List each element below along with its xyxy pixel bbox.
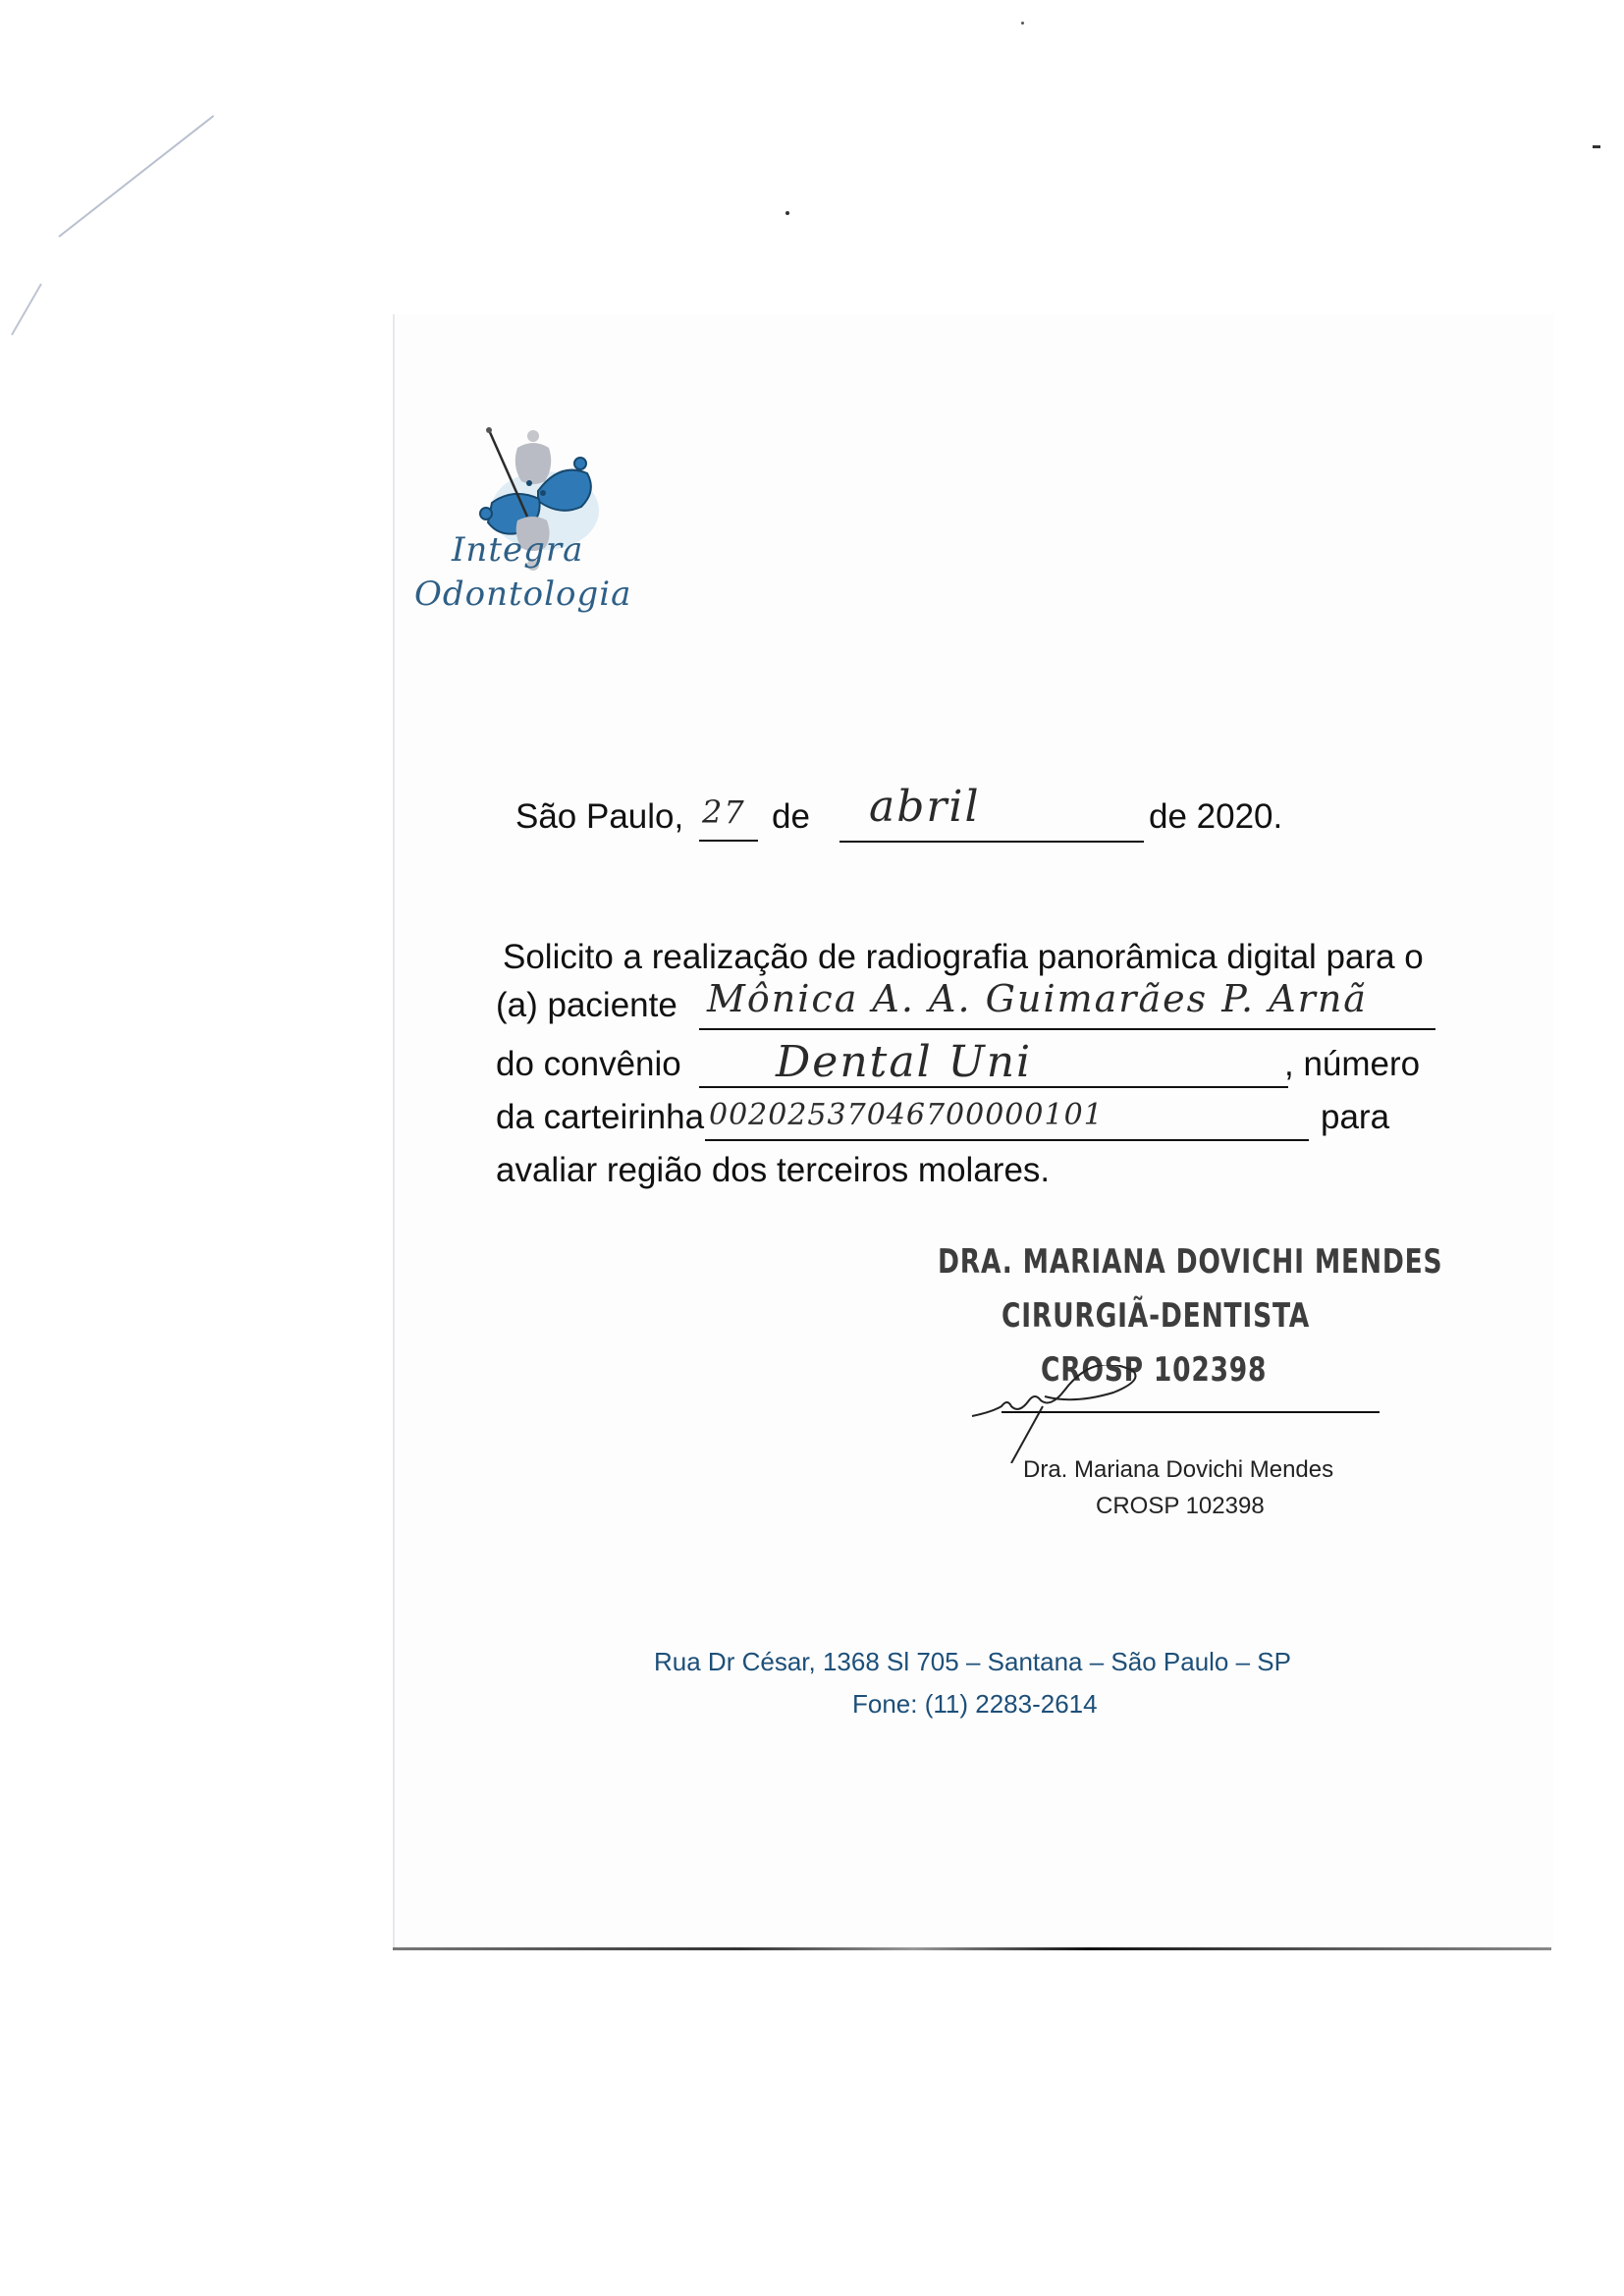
handwritten-signature <box>962 1365 1414 1463</box>
scan-artifact-dot <box>1593 145 1600 148</box>
signer-name: Dra. Mariana Dovichi Mendes <box>1023 1456 1333 1484</box>
insurer-label: do convênio <box>496 1045 681 1084</box>
card-number-handwritten: 00202537046700000101 <box>709 1098 1104 1132</box>
stamp-line-1: DRA. MARIANA DOVICHI MENDES <box>938 1242 1442 1282</box>
date-de-1: de <box>772 797 810 837</box>
date-day-handwritten: 27 <box>702 793 746 831</box>
paper-bottom-edge <box>393 1947 1551 1950</box>
day-underline <box>699 840 758 842</box>
clinic-name-line1: Integra <box>452 530 583 570</box>
scan-artifact-dot <box>785 211 789 215</box>
clinic-name-line2: Odontologia <box>414 574 631 614</box>
patient-label: (a) paciente <box>496 986 677 1025</box>
date-month-handwritten: abril <box>869 782 981 832</box>
scan-artifact-dot <box>1021 22 1024 25</box>
date-city-prefix: São Paulo, <box>515 797 683 837</box>
scan-artifact-line <box>11 284 42 336</box>
insurer-handwritten: Dental Uni <box>776 1037 1032 1087</box>
signer-registry: CROSP 102398 <box>1096 1493 1265 1520</box>
request-line-1: Solicito a realização de radiografia pan… <box>503 938 1424 977</box>
request-line-5: avaliar região dos terceiros molares. <box>496 1151 1050 1190</box>
number-label: , número <box>1284 1045 1420 1084</box>
scan-artifact-line <box>58 115 214 238</box>
stamp-line-2: CIRURGIÃ-DENTISTA <box>1001 1296 1310 1336</box>
month-underline <box>839 841 1144 843</box>
date-year: de 2020. <box>1149 797 1282 837</box>
patient-name-handwritten: Mônica A. A. Guimarães P. Arnã <box>707 977 1368 1020</box>
clinic-phone: Fone: (11) 2283-2614 <box>852 1689 1098 1720</box>
signature-line <box>1001 1411 1380 1413</box>
card-suffix: para <box>1321 1098 1389 1137</box>
card-label: da carteirinha <box>496 1098 704 1137</box>
clinic-address: Rua Dr César, 1368 Sl 705 – Santana – Sã… <box>654 1647 1291 1677</box>
card-underline <box>705 1139 1309 1141</box>
patient-underline <box>699 1028 1435 1030</box>
